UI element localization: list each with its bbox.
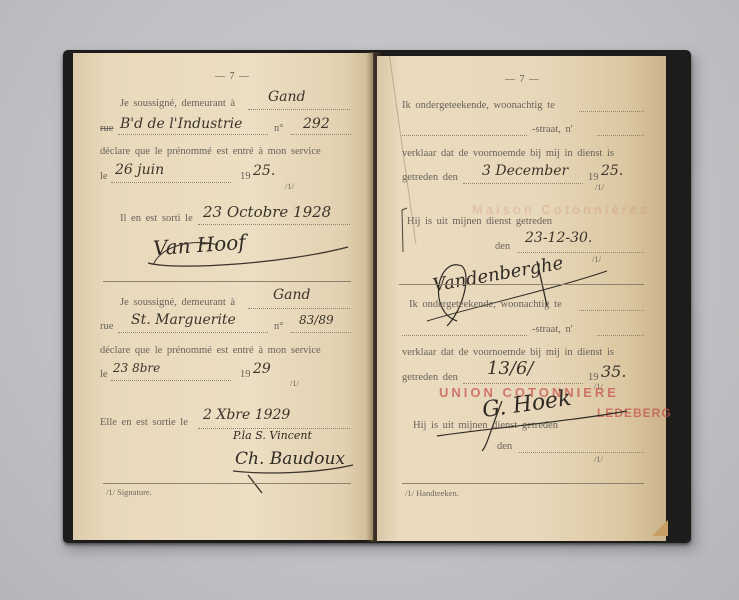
residence-label: Je soussigné, demeurant à [120, 297, 235, 308]
page-number: — 7 — [505, 74, 540, 85]
fill-line [597, 335, 644, 336]
date-label: getreden den [402, 172, 458, 183]
footnote-mark: /1/ [290, 378, 299, 388]
handwritten-year: 29 [253, 361, 271, 377]
signature-divider [402, 483, 644, 484]
fill-line [291, 134, 351, 135]
exit-label: Elle en est sortie le [100, 417, 188, 428]
handwritten-entry-date: 13/6/ [487, 358, 534, 379]
handwritten-year: 25. [253, 163, 275, 179]
handwritten-year: 25. [601, 163, 623, 179]
signature-flourish [138, 233, 358, 273]
footnote-mark: /1/ [285, 181, 294, 191]
exit-label: Il en est sorti le [120, 213, 193, 224]
fill-line [198, 224, 350, 225]
fill-line [248, 109, 350, 110]
footnote-mark: /1/ [595, 182, 604, 192]
fill-line [579, 111, 644, 112]
date-label: le [100, 369, 108, 380]
declaration-text: verklaar dat de voornoemde bij mij in di… [402, 148, 614, 159]
street-label-struck: rue [100, 123, 113, 134]
section-divider [103, 281, 351, 282]
street-label: -straat, n' [532, 324, 573, 335]
fill-line [463, 183, 583, 184]
footnote-signature: /1/ Signature. [106, 487, 152, 497]
year-prefix: 19 [240, 171, 251, 182]
fill-line [111, 380, 231, 381]
handwritten-house-number: 292 [303, 116, 330, 132]
handwritten-street: St. Marguerite [131, 312, 236, 328]
handwritten-entry-date: 3 December [482, 163, 568, 179]
date-label: getreden den [402, 372, 458, 383]
number-label: n° [274, 321, 283, 332]
date-label: le [100, 171, 108, 182]
signature-flourish [228, 463, 358, 498]
declaration-text: déclare que le prénommé est entré à mon … [100, 345, 321, 356]
residence-label: Ik ondergeteekende, woonachtig te [402, 100, 555, 111]
handwritten-entry-date: 23 8bre [113, 361, 160, 375]
exit-label: Hij is uit mijnen dienst getreden [407, 216, 552, 227]
right-page: — 7 — Ik ondergeteekende, woonachtig te … [377, 56, 666, 541]
folded-page-corner [652, 520, 668, 536]
bracket-mark [399, 206, 413, 256]
footnote-signature: /1/ Handteeken. [405, 488, 459, 498]
handwritten-entry-date: 26 juin [115, 162, 164, 178]
handwritten-year: 35. [601, 362, 626, 381]
fill-line [597, 135, 644, 136]
handwritten-city: Gand [273, 287, 311, 303]
street-label: -straat, n' [532, 124, 573, 135]
fill-line [248, 308, 350, 309]
declaration-text: déclare que le prénommé est entré à mon … [100, 146, 321, 157]
number-label: n° [274, 123, 283, 134]
street-label: rue [100, 321, 113, 332]
handwritten-exit-date: 23 Octobre 1928 [203, 203, 331, 221]
declaration-text: verklaar dat de voornoemde bij mij in di… [402, 347, 614, 358]
year-prefix: 19 [240, 369, 251, 380]
fill-line [463, 383, 583, 384]
fill-line [402, 335, 527, 336]
fill-line [118, 332, 268, 333]
fill-line [111, 182, 231, 183]
signature-title: P.la S. Vincent [233, 429, 312, 442]
fill-line [118, 134, 268, 135]
fill-line [291, 332, 351, 333]
handwritten-city: Gand [268, 89, 306, 105]
residence-label: Je soussigné, demeurant à [120, 98, 235, 109]
section-divider [399, 284, 644, 285]
signature-flourish [417, 251, 617, 331]
fill-line [402, 135, 527, 136]
handwritten-exit-date: 2 Xbre 1929 [203, 407, 290, 423]
signature-flourish [432, 396, 632, 456]
fill-line [579, 310, 644, 311]
handwritten-house-number: 83/89 [299, 313, 334, 327]
page-number: — 7 — [215, 71, 250, 82]
left-page: — 7 — Je soussigné, demeurant à Gand rue… [73, 53, 373, 540]
handwritten-street: B'd de l'Industrie [120, 116, 242, 132]
signature-divider [103, 483, 351, 484]
handwritten-exit-date: 23-12-30. [525, 230, 592, 246]
faded-company-stamp: Maison Cotonnières [472, 202, 650, 217]
residence-label: Ik ondergeteekende, woonachtig te [409, 299, 562, 310]
